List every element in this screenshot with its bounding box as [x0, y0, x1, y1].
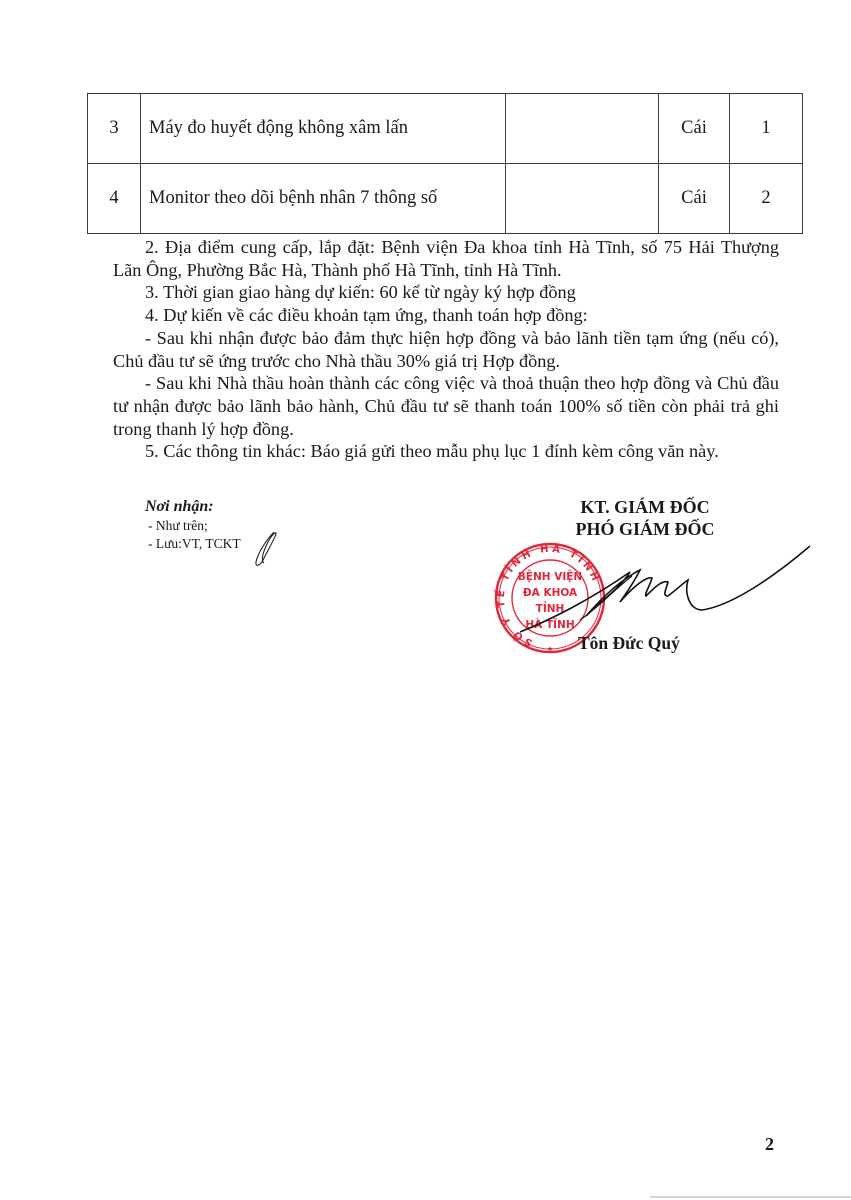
page-number: 2	[765, 1134, 774, 1155]
recipients-title: Nơi nhận:	[145, 497, 241, 517]
document-page: 3 Máy đo huyết động không xâm lấn Cái 1 …	[0, 0, 851, 1200]
paragraph-advance-payment: - Sau khi nhận được bảo đảm thực hiện hợ…	[113, 327, 779, 372]
item-quantity: 2	[730, 164, 803, 234]
item-name: Máy đo huyết động không xâm lấn	[141, 94, 506, 164]
paragraph-final-payment: - Sau khi Nhà thầu hoàn thành các công v…	[113, 372, 779, 440]
recipient-item: - Lưu:VT, TCKT	[145, 535, 241, 553]
item-spec	[506, 164, 659, 234]
item-unit: Cái	[659, 94, 730, 164]
table-row: 4 Monitor theo dõi bệnh nhân 7 thông số …	[88, 164, 803, 234]
row-index: 4	[88, 164, 141, 234]
signer-title-1: KT. GIÁM ĐỐC	[520, 496, 770, 518]
table-row: 3 Máy đo huyết động không xâm lấn Cái 1	[88, 94, 803, 164]
initials-mark-icon	[250, 530, 280, 570]
scan-edge	[650, 1196, 851, 1198]
signature-title-block: KT. GIÁM ĐỐC PHÓ GIÁM ĐỐC	[520, 496, 770, 540]
item-quantity: 1	[730, 94, 803, 164]
paragraph-payment-terms: 4. Dự kiến về các điều khoản tạm ứng, th…	[113, 304, 779, 327]
item-spec	[506, 94, 659, 164]
recipient-item: - Như trên;	[145, 517, 241, 535]
signer-name: Tôn Đức Quý	[578, 633, 680, 654]
item-name: Monitor theo dõi bệnh nhân 7 thông số	[141, 164, 506, 234]
paragraph-delivery-time: 3. Thời gian giao hàng dự kiến: 60 kể từ…	[113, 281, 779, 304]
row-index: 3	[88, 94, 141, 164]
body-text: 2. Địa điểm cung cấp, lắp đặt: Bệnh viện…	[113, 236, 779, 463]
paragraph-delivery-location: 2. Địa điểm cung cấp, lắp đặt: Bệnh viện…	[113, 236, 779, 281]
equipment-table: 3 Máy đo huyết động không xâm lấn Cái 1 …	[87, 93, 803, 234]
paragraph-other-info: 5. Các thông tin khác: Báo giá gửi theo …	[113, 440, 779, 463]
recipients-block: Nơi nhận: - Như trên; - Lưu:VT, TCKT	[145, 497, 241, 553]
signer-title-2: PHÓ GIÁM ĐỐC	[520, 518, 770, 540]
item-unit: Cái	[659, 164, 730, 234]
